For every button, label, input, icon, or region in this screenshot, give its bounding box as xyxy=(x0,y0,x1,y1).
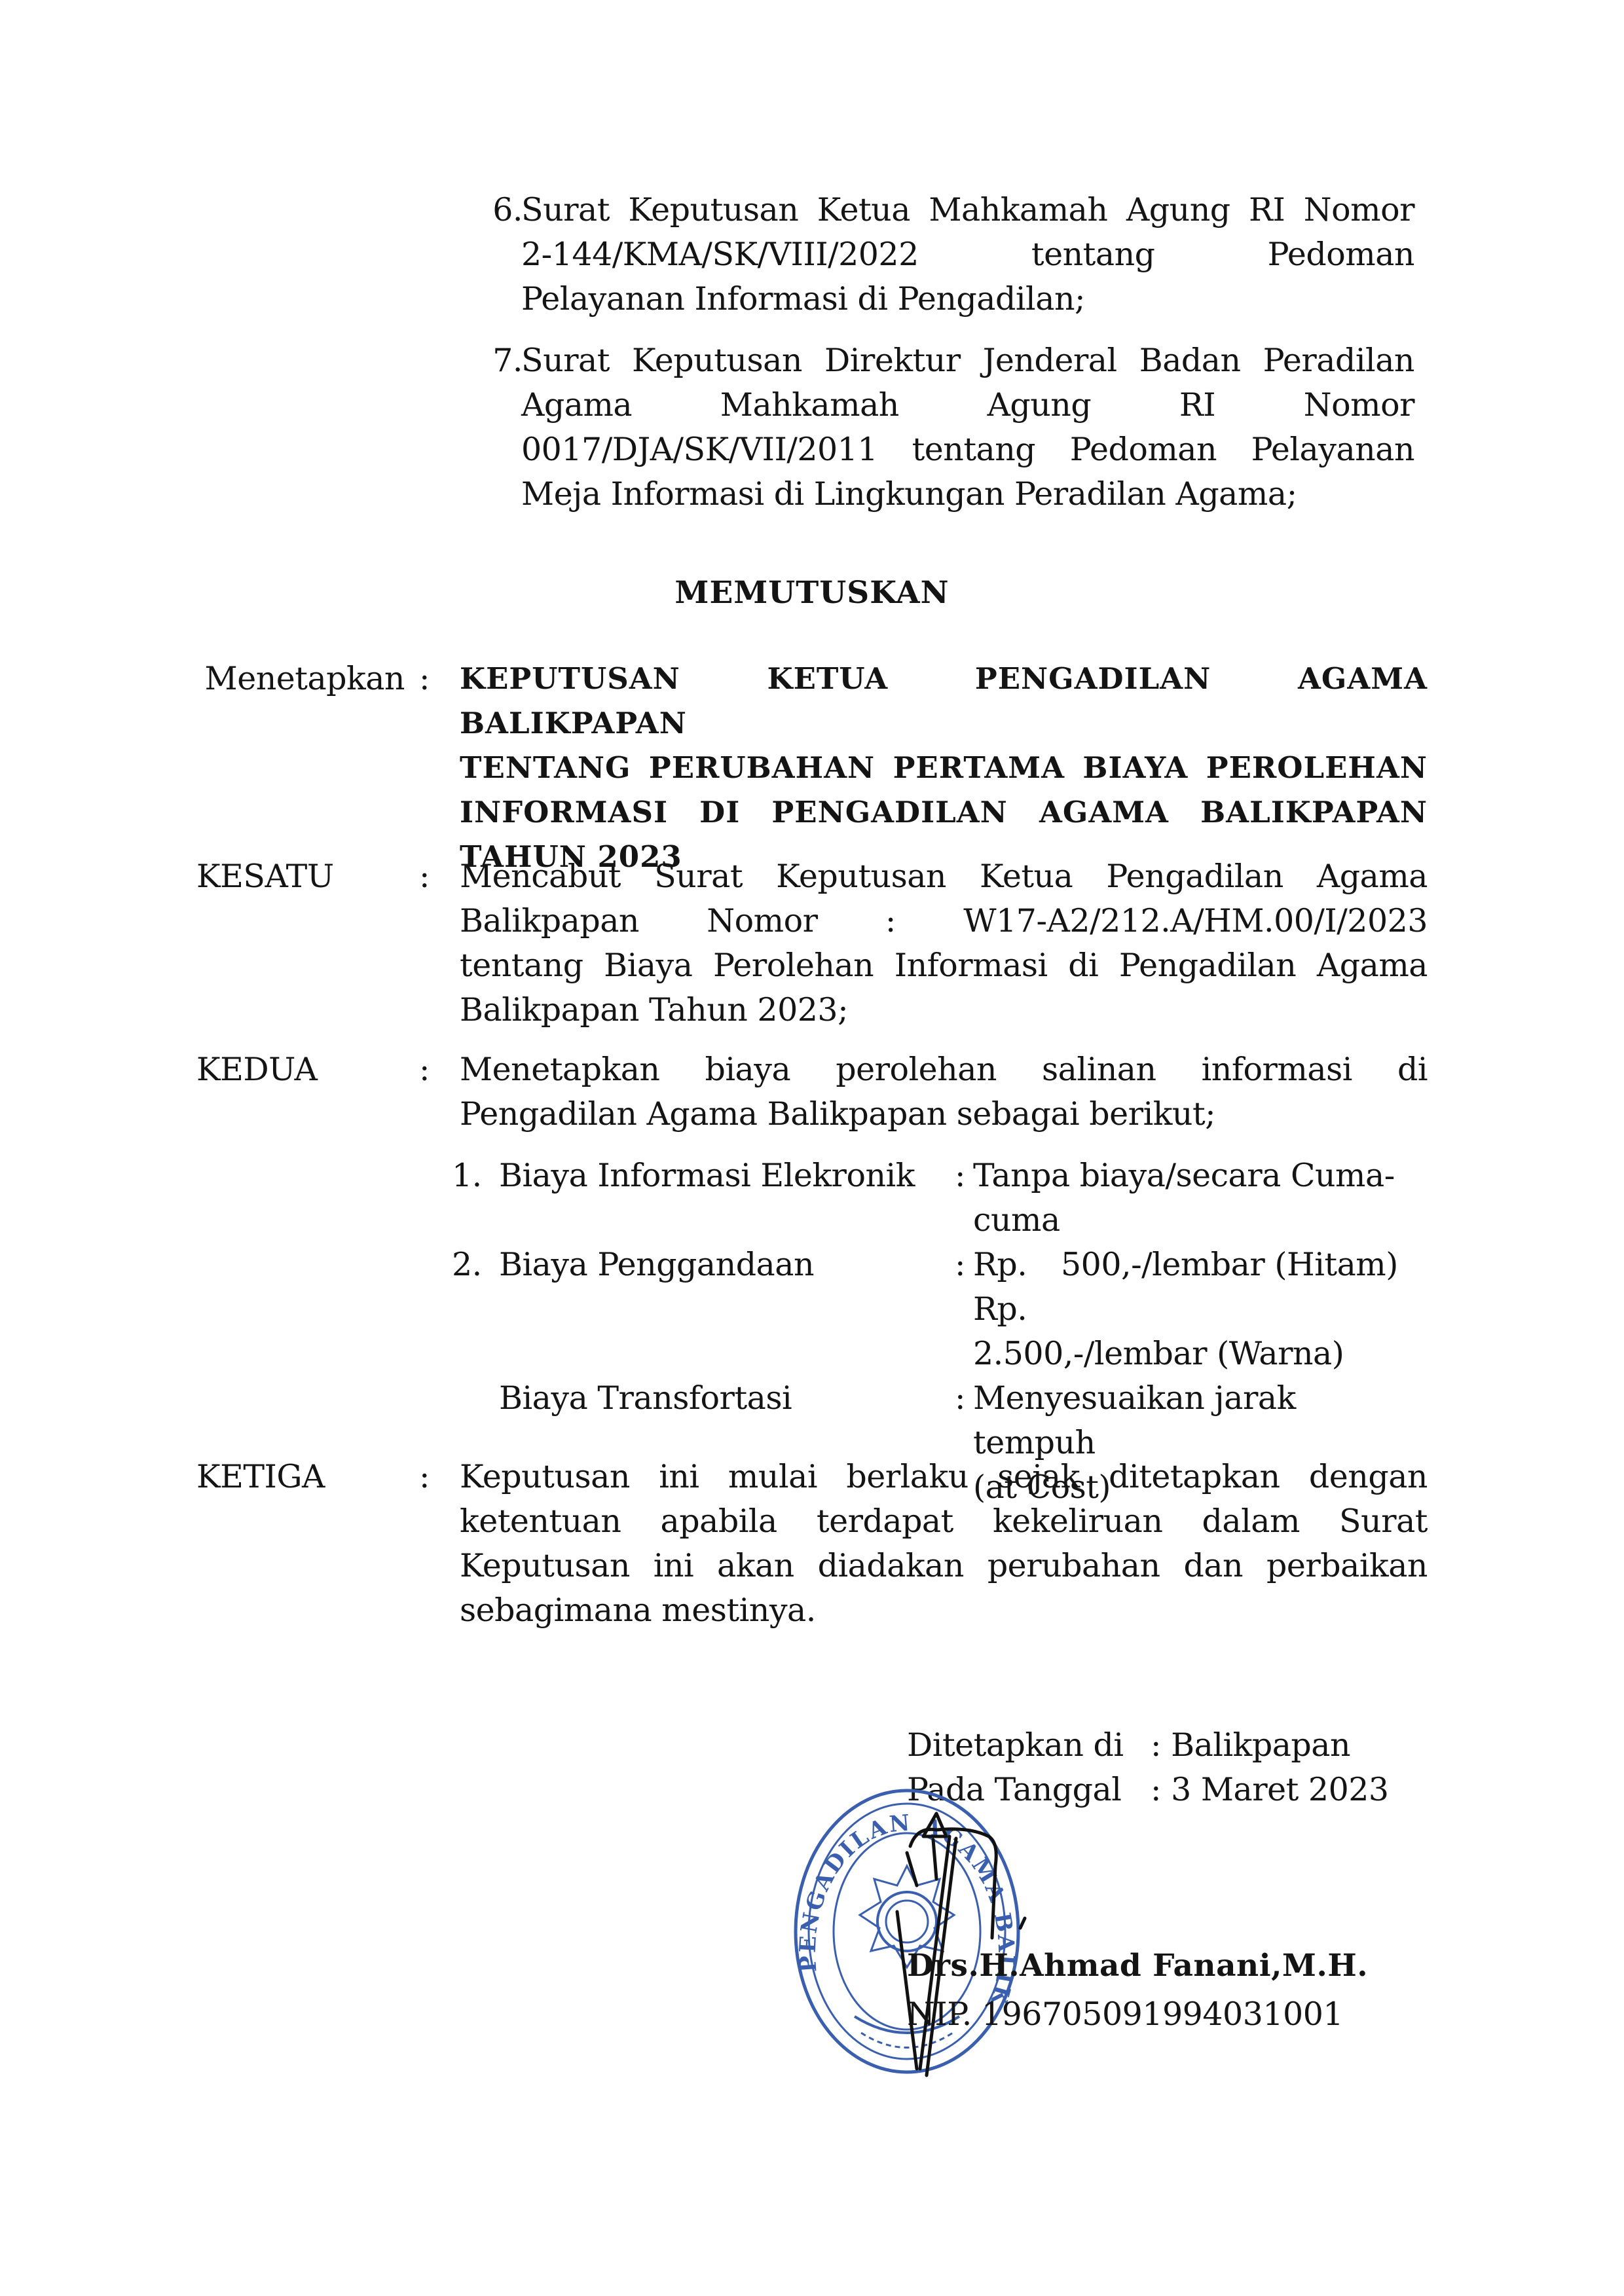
line: Meja Informasi di Lingkungan Peradilan A… xyxy=(521,472,1414,517)
colon: : xyxy=(419,1048,432,1092)
fee-number: 2. xyxy=(452,1243,491,1287)
line: KEPUTUSAN KETUA PENGADILAN AGAMA BALIKPA… xyxy=(460,657,1428,746)
row-label: KESATU xyxy=(196,854,406,899)
line: Balikpapan Tahun 2023; xyxy=(460,988,1428,1032)
fee-value: Tanpa biaya/secara Cuma- xyxy=(973,1154,1405,1198)
line: tentang Biaya Perolehan Informasi di Pen… xyxy=(460,943,1428,988)
line: Agama Mahkamah Agung RI Nomor xyxy=(521,383,1414,428)
fee-value: Menyesuaikan jarak tempuh xyxy=(973,1376,1405,1465)
row-label: KETIGA xyxy=(196,1455,406,1499)
kesatu-row: KESATU : Mencabut Surat Keputusan Ketua … xyxy=(196,854,1428,1032)
item-number: 6. xyxy=(470,188,523,232)
fee-item-electronic: 1. Biaya Informasi Elekronik : Tanpa bia… xyxy=(452,1154,1421,1243)
line: Mencabut Surat Keputusan Ketua Pengadila… xyxy=(460,854,1428,899)
row-label: Menetapkan xyxy=(196,657,405,701)
line: Pelayanan Informasi di Pengadilan; xyxy=(521,277,1414,321)
fee-name: Biaya Penggandaan xyxy=(499,1243,814,1287)
handwritten-signature-icon xyxy=(877,1807,1113,2082)
section-heading: MEMUTUSKAN xyxy=(0,575,1624,611)
fee-name: Biaya Transfortasi xyxy=(499,1376,792,1421)
consideration-item-7: 7. Surat Keputusan Direktur Jenderal Bad… xyxy=(470,338,1414,517)
row-label: KEDUA xyxy=(196,1048,406,1092)
line: Surat Keputusan Ketua Mahkamah Agung RI … xyxy=(521,188,1414,232)
enacted-place: Ditetapkan di: Balikpapan xyxy=(907,1723,1350,1768)
document-page: 6. Surat Keputusan Ketua Mahkamah Agung … xyxy=(0,0,1624,2296)
fee-item-copying: 2. Biaya Penggandaan : Rp.500,-/lembar (… xyxy=(452,1243,1421,1376)
line: 2-144/KMA/SK/VIII/2022 tentang Pedoman xyxy=(521,232,1414,277)
line: Keputusan ini mulai berlaku sejak diteta… xyxy=(460,1455,1428,1499)
place-value: : Balikpapan xyxy=(1151,1726,1350,1764)
decision-title: KEPUTUSAN KETUA PENGADILAN AGAMA BALIKPA… xyxy=(460,657,1428,879)
menetapkan-row: Menetapkan : KEPUTUSAN KETUA PENGADILAN … xyxy=(196,657,1428,879)
colon: : xyxy=(419,1455,432,1499)
date-value: : 3 Maret 2023 xyxy=(1151,1771,1389,1808)
colon: : xyxy=(955,1376,965,1421)
place-label: Ditetapkan di xyxy=(907,1723,1151,1768)
consideration-item-6: 6. Surat Keputusan Ketua Mahkamah Agung … xyxy=(470,188,1414,321)
line: Keputusan ini akan diadakan perubahan da… xyxy=(460,1544,1428,1588)
colon: : xyxy=(955,1243,965,1287)
fee-value: Rp.500,-/lembar (Hitam) xyxy=(973,1243,1405,1287)
line: Balikpapan Nomor : W17-A2/212.A/HM.00/I/… xyxy=(460,899,1428,943)
line: sebagimana mestinya. xyxy=(460,1588,1428,1633)
line: INFORMASI DI PENGADILAN AGAMA BALIKPAPAN xyxy=(460,790,1428,835)
fee-name: Biaya Informasi Elekronik xyxy=(499,1154,915,1198)
colon: : xyxy=(955,1154,965,1198)
item-number: 7. xyxy=(470,338,523,383)
colon: : xyxy=(419,657,432,701)
fee-value: cuma xyxy=(973,1198,1405,1243)
line: ketentuan apabila terdapat kekeliruan da… xyxy=(460,1499,1428,1544)
colon: : xyxy=(419,854,432,899)
signatory-nip: NIP. 196705091994031001 xyxy=(907,1992,1343,2037)
ketiga-row: KETIGA : Keputusan ini mulai berlaku sej… xyxy=(196,1455,1428,1633)
signatory-name: Drs.H.Ahmad Fanani,M.H. xyxy=(907,1948,1368,1984)
line: Pengadilan Agama Balikpapan sebagai beri… xyxy=(460,1092,1428,1137)
kedua-row: KEDUA : Menetapkan biaya perolehan salin… xyxy=(196,1048,1428,1137)
line: Menetapkan biaya perolehan salinan infor… xyxy=(460,1048,1428,1092)
fee-value: Rp.2.500,-/lembar (Warna) xyxy=(973,1287,1405,1376)
fee-number: 1. xyxy=(452,1154,491,1198)
line: Surat Keputusan Direktur Jenderal Badan … xyxy=(521,338,1414,383)
line: TENTANG PERUBAHAN PERTAMA BIAYA PEROLEHA… xyxy=(460,746,1428,790)
line: 0017/DJA/SK/VII/2011 tentang Pedoman Pel… xyxy=(521,428,1414,472)
